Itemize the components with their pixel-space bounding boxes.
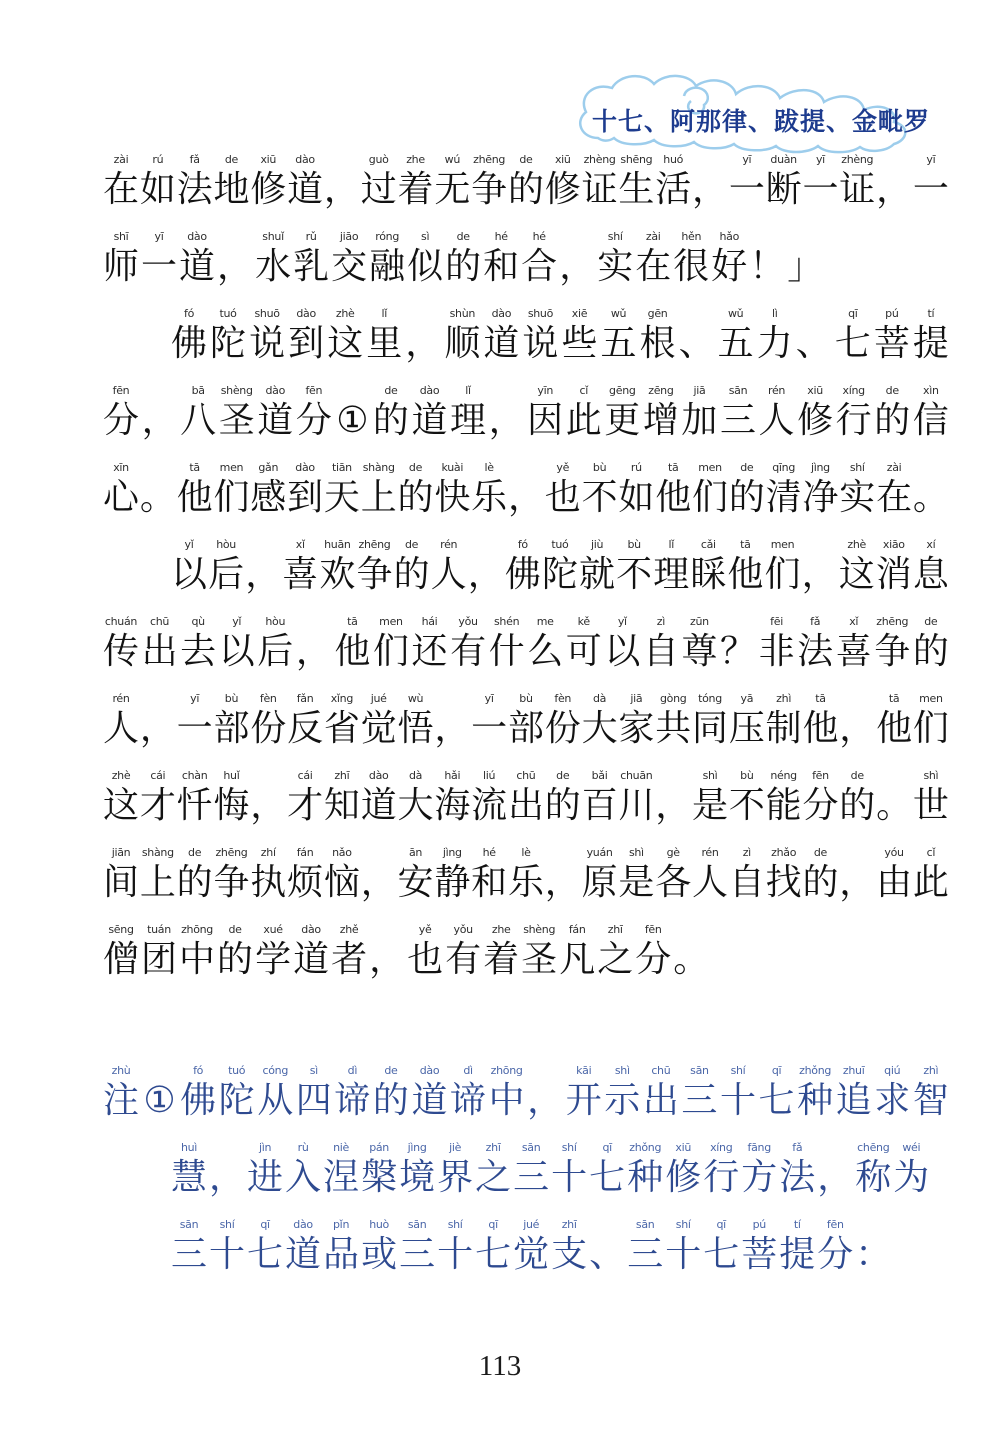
hanzi-character: 的	[373, 1078, 409, 1123]
hanzi-character: 世	[913, 783, 949, 828]
pinyin-annotation: cǐ	[579, 383, 588, 398]
pinyin-annotation: fèn	[260, 691, 277, 706]
hanzi-character: 证	[582, 167, 618, 212]
pinyin-annotation: de	[225, 152, 238, 167]
hanzi-token: zhǎo找	[766, 845, 802, 905]
hanzi-token: qī七	[835, 306, 871, 366]
hanzi-character: 和	[471, 860, 507, 905]
hanzi-character: 理	[450, 398, 486, 443]
hanzi-character: 传	[103, 629, 139, 674]
hanzi-character: 提	[779, 1232, 815, 1277]
pinyin-annotation: hé	[533, 229, 546, 244]
hanzi-character: 团	[141, 937, 177, 982]
hanzi-character: 自	[729, 860, 765, 905]
punctuation-token: 」	[787, 229, 823, 289]
pinyin-annotation: pú	[885, 306, 898, 321]
hanzi-character: 道	[257, 398, 293, 443]
hanzi-character: 实	[597, 244, 633, 289]
pinyin-annotation: shuǐ	[262, 229, 284, 244]
hanzi-token: shèng圣	[219, 383, 255, 443]
pinyin-annotation: nǎo	[332, 845, 352, 860]
page-number: 113	[0, 1350, 1000, 1383]
hanzi-character: 融	[369, 244, 405, 289]
pinyin-annotation: qī	[717, 1217, 726, 1232]
pinyin-annotation: yā	[740, 691, 753, 706]
pinyin-annotation: ān	[409, 845, 422, 860]
pinyin-annotation: de	[405, 537, 418, 552]
pinyin-annotation: lè	[521, 845, 530, 860]
pinyin-annotation: zhōng	[181, 922, 213, 937]
pinyin-annotation: shèng	[221, 383, 253, 398]
pinyin-annotation: sān	[729, 383, 748, 398]
hanzi-token: qī七	[759, 1063, 795, 1123]
punctuation-token: ，	[876, 152, 912, 212]
punctuation-token: 。	[876, 768, 912, 828]
hanzi-character: 佛	[505, 552, 541, 597]
pinyin-annotation: tā	[668, 460, 678, 475]
hanzi-character: 快	[434, 475, 470, 520]
hanzi-character: 才	[140, 783, 176, 828]
hanzi-character: 分	[635, 937, 671, 982]
hanzi-character: ，	[405, 321, 441, 366]
text-line: chuán传chū出qù去yǐ以hòu后，tā他men们hái还yǒu有shén…	[103, 614, 949, 691]
hanzi-character: 以	[171, 552, 207, 597]
hanzi-token: xiē些	[561, 306, 597, 366]
pinyin-annotation: yě	[556, 460, 569, 475]
hanzi-character: 水	[255, 244, 291, 289]
hanzi-character: 能	[766, 783, 802, 828]
hanzi-token: men们	[765, 537, 801, 597]
hanzi-token: sēng僧	[103, 922, 139, 982]
hanzi-token: dì谛	[334, 1063, 370, 1123]
hanzi-character: 菩	[741, 1232, 777, 1277]
punctuation-token: ，	[369, 922, 405, 982]
pinyin-annotation: fǎ	[792, 1140, 802, 1155]
pinyin-annotation: xǐ	[296, 537, 305, 552]
punctuation-token: ，	[217, 229, 253, 289]
pinyin-annotation: men	[220, 460, 244, 475]
hanzi-token: zhèng证	[839, 152, 875, 212]
punctuation-token: ？	[720, 614, 756, 674]
punctuation-token: ，	[361, 845, 397, 905]
pinyin-annotation: de	[851, 768, 864, 783]
pinyin-annotation: xǐng	[331, 691, 353, 706]
hanzi-character: 是	[692, 783, 728, 828]
pinyin-annotation: zhēng	[473, 152, 505, 167]
hanzi-token: kě可	[566, 614, 602, 674]
hanzi-character: 分	[802, 783, 838, 828]
hanzi-character: 师	[103, 244, 139, 289]
hanzi-token: zhě者	[331, 922, 367, 982]
pinyin-annotation: jìn	[259, 1140, 271, 1155]
pinyin-annotation: zhī	[334, 768, 349, 783]
pinyin-annotation: zhù	[112, 1063, 131, 1078]
hanzi-character: 们	[213, 475, 249, 520]
pinyin-annotation: xiū	[807, 383, 823, 398]
punctuation-token: ，	[655, 768, 691, 828]
hanzi-token: yī一	[729, 152, 765, 212]
punctuation-token: ，	[434, 691, 470, 751]
hanzi-token: fēn分	[802, 768, 838, 828]
hanzi-character: 可	[566, 629, 602, 674]
pinyin-annotation: fán	[569, 922, 586, 937]
punctuation-token: ，	[140, 691, 176, 751]
hanzi-token: tā他	[727, 537, 763, 597]
hanzi-token: hái还	[412, 614, 448, 674]
pinyin-annotation: bǎi	[592, 768, 608, 783]
hanzi-character: 同	[692, 706, 728, 751]
hanzi-token: hěn很	[673, 229, 709, 289]
punctuation-token: ！	[749, 229, 785, 289]
pinyin-annotation: rén	[440, 537, 457, 552]
hanzi-token: de的	[217, 922, 253, 982]
hanzi-character: 人	[759, 398, 795, 443]
hanzi-token: tuó陀	[542, 537, 578, 597]
pinyin-annotation: tuó	[219, 306, 236, 321]
hanzi-character: 种	[797, 1078, 833, 1123]
hanzi-token: yā压	[729, 691, 765, 751]
hanzi-character: 欢	[319, 552, 355, 597]
hanzi-token: bǎi百	[582, 768, 618, 828]
hanzi-character: 悔	[213, 783, 249, 828]
hanzi-token: jiān间	[103, 845, 139, 905]
hanzi-character: 的	[394, 552, 430, 597]
hanzi-character: 的	[545, 783, 581, 828]
punctuation-token: ①	[142, 1063, 178, 1123]
hanzi-token: de的	[373, 1063, 409, 1123]
hanzi-character: 各	[655, 860, 691, 905]
hanzi-character: 间	[103, 860, 139, 905]
hanzi-token: huǐ悔	[213, 768, 249, 828]
hanzi-character: 顺	[444, 321, 480, 366]
hanzi-token: fó佛	[171, 306, 207, 366]
hanzi-character: 菩	[874, 321, 910, 366]
hanzi-character: 感	[250, 475, 286, 520]
punctuation-token: 、	[796, 306, 832, 366]
hanzi-character: 恼	[324, 860, 360, 905]
hanzi-token: de的	[729, 460, 765, 520]
hanzi-character: 七	[759, 1078, 795, 1123]
body-text: zài在rú如fǎ法de地xiū修dào道，guò过zhe着wú无zhēng争d…	[103, 152, 949, 999]
hanzi-character: 尊	[681, 629, 717, 674]
text-line: fēn分，bā八shèng圣dào道fēn分①de的dào道lǐ理，yīn因cǐ…	[103, 383, 949, 460]
hanzi-character: 些	[561, 321, 597, 366]
pinyin-annotation: fēi	[770, 614, 783, 629]
hanzi-character: 、	[589, 1232, 625, 1277]
hanzi-token: zhì智	[913, 1063, 949, 1123]
text-line: rén人，yī一bù部fèn份fǎn反xǐng省jué觉wù悟，yī一bù部fè…	[103, 691, 949, 768]
pinyin-annotation: yī	[816, 152, 825, 167]
pinyin-annotation: hòu	[216, 537, 236, 552]
pinyin-annotation: shí	[850, 460, 865, 475]
hanzi-character: 他	[177, 475, 213, 520]
hanzi-token: lǐ理	[450, 383, 486, 443]
hanzi-character: 八	[180, 398, 216, 443]
pinyin-annotation: jiāo	[340, 229, 358, 244]
hanzi-character: 交	[331, 244, 367, 289]
hanzi-token: gè各	[655, 845, 691, 905]
punctuation-token: ，	[508, 460, 544, 520]
hanzi-token: róng融	[369, 229, 405, 289]
pinyin-annotation: zhǒng	[629, 1140, 661, 1155]
pinyin-annotation: me	[537, 614, 554, 629]
pinyin-annotation: zhe	[406, 152, 425, 167]
hanzi-character: 加	[681, 398, 717, 443]
hanzi-token: qī七	[589, 1140, 625, 1200]
punctuation-token: ，	[250, 768, 286, 828]
pinyin-annotation: zhī	[608, 922, 623, 937]
hanzi-character: 生	[618, 167, 654, 212]
hanzi-token: tuán团	[141, 922, 177, 982]
hanzi-character: ，	[817, 1155, 853, 1200]
hanzi-character: 道	[483, 321, 519, 366]
hanzi-character: ，	[876, 167, 912, 212]
pinyin-annotation: shí	[448, 1217, 463, 1232]
pinyin-annotation: jiā	[630, 691, 642, 706]
pinyin-annotation: qī	[772, 1063, 781, 1078]
hanzi-token: xiū修	[250, 152, 286, 212]
hanzi-character: 消	[876, 552, 912, 597]
pinyin-annotation: qī	[488, 1217, 497, 1232]
hanzi-token: fèn份	[545, 691, 581, 751]
pinyin-annotation: chuān	[620, 768, 652, 783]
hanzi-token: huì慧	[171, 1140, 207, 1200]
hanzi-token: wǔ五	[718, 306, 754, 366]
pinyin-annotation: zēng	[648, 383, 673, 398]
hanzi-token: yī一	[802, 152, 838, 212]
hanzi-token: jìng境	[399, 1140, 435, 1200]
text-line: zhè这cái才chàn忏huǐ悔，cái才zhī知dào道dà大hǎi海liú…	[103, 768, 949, 845]
hanzi-token: sì似	[407, 229, 443, 289]
hanzi-character: 十	[209, 1232, 245, 1277]
hanzi-character: ①	[143, 1078, 175, 1123]
hanzi-character: 道	[411, 398, 447, 443]
hanzi-token: niè涅	[323, 1140, 359, 1200]
hanzi-character: 心	[103, 475, 139, 520]
hanzi-token: fǎn反	[287, 691, 323, 751]
hanzi-character: 以	[219, 629, 255, 674]
hanzi-character: 谛	[334, 1078, 370, 1123]
pinyin-annotation: qī	[260, 1217, 269, 1232]
hanzi-token: rén人	[431, 537, 467, 597]
punctuation-token: ，	[209, 1140, 245, 1200]
hanzi-token: shì示	[604, 1063, 640, 1123]
hanzi-token: zhè这	[327, 306, 363, 366]
hanzi-token: rù入	[285, 1140, 321, 1200]
hanzi-character: 清	[766, 475, 802, 520]
hanzi-token: sān三	[513, 1140, 549, 1200]
pinyin-annotation: tuó	[551, 537, 568, 552]
hanzi-token: dào到	[287, 460, 323, 520]
pinyin-annotation: wǔ	[728, 306, 743, 321]
text-line: huì慧，jìn进rù入niè涅pán槃jìng境jiè界zhī之sān三shí…	[103, 1140, 949, 1217]
punctuation-token: ，	[839, 845, 875, 905]
pinyin-annotation: yī	[190, 691, 199, 706]
hanzi-character: 分	[103, 398, 139, 443]
hanzi-character: ：	[855, 1232, 891, 1277]
hanzi-character: 一	[802, 167, 838, 212]
book-page: 十七、阿那律、跋提、金毗罗 zài在rú如fǎ法de地xiū修dào道，guò过…	[0, 0, 1000, 1449]
hanzi-token: dào道	[287, 152, 323, 212]
hanzi-character: 自	[643, 629, 679, 674]
pinyin-annotation: rù	[298, 1140, 309, 1155]
hanzi-token: fó佛	[505, 537, 541, 597]
hanzi-token: xíng行	[836, 383, 872, 443]
hanzi-token: qù去	[180, 614, 216, 674]
hanzi-token: yǒu有	[450, 614, 486, 674]
pinyin-annotation: de	[814, 845, 827, 860]
hanzi-token: zì自	[643, 614, 679, 674]
hanzi-character: 到	[287, 475, 323, 520]
hanzi-character: 智	[913, 1078, 949, 1123]
hanzi-character: 里	[366, 321, 402, 366]
hanzi-character: 争	[874, 629, 910, 674]
hanzi-token: qī七	[247, 1217, 283, 1277]
pinyin-annotation: dì	[463, 1063, 472, 1078]
hanzi-token: zhù注	[103, 1063, 139, 1123]
hanzi-character: 的	[874, 398, 910, 443]
hanzi-character: 五	[718, 321, 754, 366]
pinyin-annotation: tā	[889, 691, 899, 706]
pinyin-annotation: cái	[298, 768, 313, 783]
hanzi-token: zhèng证	[582, 152, 618, 212]
hanzi-character: 地	[213, 167, 249, 212]
hanzi-token: dào道	[257, 383, 293, 443]
hanzi-character: ，	[434, 706, 470, 751]
hanzi-token: zhì制	[766, 691, 802, 751]
pinyin-annotation: gòng	[660, 691, 686, 706]
pinyin-annotation: zūn	[690, 614, 709, 629]
hanzi-token: yě也	[545, 460, 581, 520]
hanzi-token: dào道	[483, 306, 519, 366]
hanzi-token: hé和	[471, 845, 507, 905]
hanzi-token: fán凡	[559, 922, 595, 982]
hanzi-token: yǐ以	[604, 614, 640, 674]
hanzi-character: 知	[324, 783, 360, 828]
pinyin-annotation: huān	[324, 537, 350, 552]
hanzi-character: 共	[655, 706, 691, 751]
hanzi-token: qī七	[703, 1217, 739, 1277]
hanzi-character: 不	[616, 552, 652, 597]
punctuation-token: 。	[913, 460, 949, 520]
pinyin-annotation: lè	[485, 460, 494, 475]
hanzi-character: 喜	[282, 552, 318, 597]
pinyin-annotation: zài	[646, 229, 661, 244]
hanzi-character: 。	[673, 937, 709, 982]
pinyin-annotation: hé	[495, 229, 508, 244]
pinyin-annotation: dào	[420, 1063, 440, 1078]
pinyin-annotation: yǒu	[453, 922, 472, 937]
hanzi-token: de的	[373, 383, 409, 443]
hanzi-character: 的	[802, 860, 838, 905]
text-line: fó佛tuó陀shuō说dào到zhè这lǐ里，shùn顺dào道shuō说xi…	[103, 306, 949, 383]
hanzi-character: 称	[855, 1155, 891, 1200]
pinyin-annotation: shí	[608, 229, 623, 244]
hanzi-character: 后	[208, 552, 244, 597]
hanzi-token: chuān川	[618, 768, 654, 828]
hanzi-character: 分	[296, 398, 332, 443]
hanzi-token: shí十	[551, 1140, 587, 1200]
pinyin-annotation: xiē	[572, 306, 587, 321]
pinyin-annotation: rén	[768, 383, 785, 398]
pinyin-annotation: tā	[347, 614, 357, 629]
hanzi-character: 增	[643, 398, 679, 443]
hanzi-character: 和	[483, 244, 519, 289]
punctuation-token: ，	[468, 537, 504, 597]
hanzi-token: tā他	[876, 691, 912, 751]
pinyin-annotation: kāi	[576, 1063, 591, 1078]
hanzi-character: 种	[627, 1155, 663, 1200]
pinyin-annotation: yī	[742, 152, 751, 167]
hanzi-token: tí提	[779, 1217, 815, 1277]
hanzi-character: 境	[399, 1155, 435, 1200]
pinyin-annotation: zài	[114, 152, 129, 167]
hanzi-token: néng能	[766, 768, 802, 828]
hanzi-character: 息	[913, 552, 949, 597]
hanzi-token: dào道	[411, 1063, 447, 1123]
pinyin-annotation: yě	[419, 922, 432, 937]
hanzi-token: bù不	[616, 537, 652, 597]
hanzi-character: 合	[521, 244, 557, 289]
hanzi-character: 们	[373, 629, 409, 674]
hanzi-token: shén什	[489, 614, 525, 674]
pinyin-annotation: hé	[483, 845, 496, 860]
hanzi-character: 为	[893, 1155, 929, 1200]
pinyin-annotation: shuō	[254, 306, 279, 321]
hanzi-token: dào道	[361, 768, 397, 828]
hanzi-token: zhī支	[551, 1217, 587, 1277]
hanzi-character: 、	[679, 321, 715, 366]
punctuation-token: ，	[489, 383, 525, 443]
punctuation-token: ，	[545, 845, 581, 905]
pinyin-annotation: shàng	[142, 845, 174, 860]
hanzi-character: ，	[209, 1155, 245, 1200]
hanzi-token: jiāo交	[331, 229, 367, 289]
hanzi-character: 入	[285, 1155, 321, 1200]
hanzi-character: 涅	[323, 1155, 359, 1200]
pinyin-annotation: zhēng	[876, 614, 908, 629]
hanzi-token: rén人	[103, 691, 139, 751]
pinyin-annotation: shàng	[363, 460, 395, 475]
hanzi-character: 。	[876, 783, 912, 828]
pinyin-annotation: cóng	[262, 1063, 288, 1078]
hanzi-character: 说	[522, 321, 558, 366]
hanzi-character: 修	[250, 167, 286, 212]
hanzi-token: zì自	[729, 845, 765, 905]
hanzi-character: 佛	[180, 1078, 216, 1123]
pinyin-annotation: dì	[348, 1063, 357, 1078]
hanzi-token: xiū修	[545, 152, 581, 212]
pinyin-annotation: rén	[112, 691, 129, 706]
pinyin-annotation: bā	[192, 383, 205, 398]
hanzi-token: lǐ里	[366, 306, 402, 366]
hanzi-token: rǔ乳	[293, 229, 329, 289]
pinyin-annotation: tí	[928, 306, 935, 321]
hanzi-character: 槃	[361, 1155, 397, 1200]
pinyin-annotation: xiū	[675, 1140, 691, 1155]
pinyin-annotation: qī	[848, 306, 857, 321]
hanzi-token: fāng方	[741, 1140, 777, 1200]
pinyin-annotation: guò	[369, 152, 389, 167]
hanzi-character: 道	[179, 244, 215, 289]
pinyin-annotation: fǎn	[297, 691, 314, 706]
pinyin-annotation: shì	[629, 845, 644, 860]
hanzi-token: jiù就	[579, 537, 615, 597]
pinyin-annotation: zhě	[340, 922, 359, 937]
pinyin-annotation: qiú	[884, 1063, 900, 1078]
hanzi-token: qīng清	[766, 460, 802, 520]
pinyin-annotation: lǐ	[381, 306, 387, 321]
